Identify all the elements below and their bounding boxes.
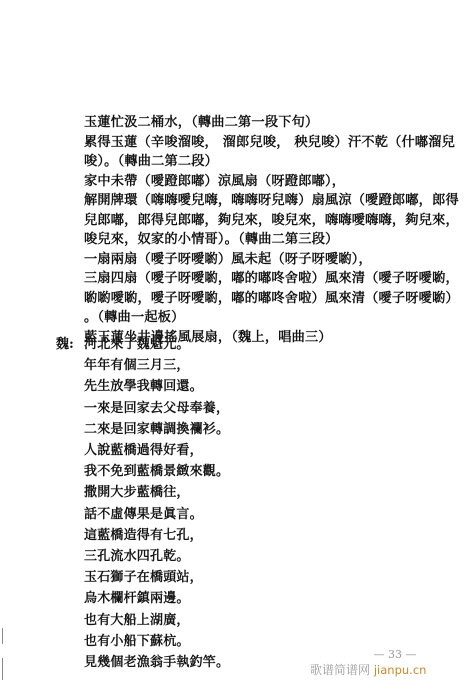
prose-line: 一扇兩扇（噯子呀噯喲）風未起（呀子呀噯喲）， [84, 250, 464, 270]
verse-line: 玉石獅子在橋頭站， [84, 567, 229, 588]
verse-line: 也有小船下蘇杭。 [84, 631, 229, 652]
prose-line: 三扇四扇（噯子呀噯喲，嘟的嘟咚舍啦）風來清（噯子呀噯喲， [84, 269, 464, 289]
verse-line: 烏木欄杆鎮兩邊。 [84, 588, 229, 609]
verse-line: 人說藍橋過得好看， [84, 440, 229, 461]
watermark-site-name: 歌谱简谱网 [310, 663, 370, 677]
prose-line: 唆）。（轉曲二第二段） [84, 152, 464, 172]
binding-edge-mark [2, 628, 3, 644]
prose-line: 解開牌環（嗨嗨噯兒嗨，嗨嗨呀兒嗨）扇風涼（噯蹬郎嘟，郎得 [84, 191, 464, 211]
verse-line: 也有大船上湖廣， [84, 610, 229, 631]
prose-line: 兒郎嘟，郎得兒郎嘟，夠兒來，唆兒來，嗨嗨噯嗨嗨，夠兒來， [84, 211, 464, 231]
verse-line: 一來是回家去父母奉養， [84, 398, 229, 419]
verse-line: 年年有個三月三， [84, 355, 229, 376]
prose-line: 。（轉曲一起板） [84, 308, 464, 328]
verse-line: 我不免到藍橋景緻來觀。 [84, 461, 229, 482]
verse-line: 見幾個老漁翁手執釣竿。 [84, 652, 229, 673]
verse-line: 話不虛傳果是眞言。 [84, 504, 229, 525]
prose-block: 玉蓮忙汲二桶水，（轉曲二第一段下句） 累得玉蓮（辛唆溜唆， 溜郎兒唆， 秧兒唆）… [84, 113, 464, 347]
verse-line: 撒開大步藍橋往， [84, 482, 229, 503]
verse-line: 這藍橋造得有七孔， [84, 525, 229, 546]
verse-line: 河北來了魏魁元。 [84, 334, 229, 355]
prose-line: 累得玉蓮（辛唆溜唆， 溜郎兒唆， 秧兒唆）汗不乾（什嘟溜兒 [84, 133, 464, 153]
speaker-label: 魏: [56, 334, 74, 355]
page-footer: — 33 — [340, 648, 450, 661]
prose-line: 喲喲噯喲，噯子呀噯喲，嘟的嘟咚舍啦）風來清（噯子呀噯喲） [84, 289, 464, 309]
verse-line: 三孔流水四孔乾。 [84, 546, 229, 567]
prose-line: 唆兒來，奴家的小情哥）。（轉曲二第三段） [84, 230, 464, 250]
page-number: — 33 — [340, 648, 450, 661]
prose-line: 家中未帶（噯蹬郎嘟）涼風扇（呀蹬郎嘟）， [84, 172, 464, 192]
binding-edge-mark [2, 658, 3, 680]
verse-block: 河北來了魏魁元。 年年有個三月三， 先生放學我轉回還。 一來是回家去父母奉養， … [84, 334, 229, 673]
scanned-page: 玉蓮忙汲二桶水，（轉曲二第一段下句） 累得玉蓮（辛唆溜唆， 溜郎兒唆， 秧兒唆）… [0, 0, 468, 690]
prose-line: 玉蓮忙汲二桶水，（轉曲二第一段下句） [84, 113, 464, 133]
watermark: 歌谱简谱网 jianpu.cn [310, 661, 426, 678]
verse-line: 二來是回家轉調換襴衫。 [84, 419, 229, 440]
verse-line: 先生放學我轉回還。 [84, 376, 229, 397]
watermark-domain: jianpu.cn [374, 663, 427, 677]
